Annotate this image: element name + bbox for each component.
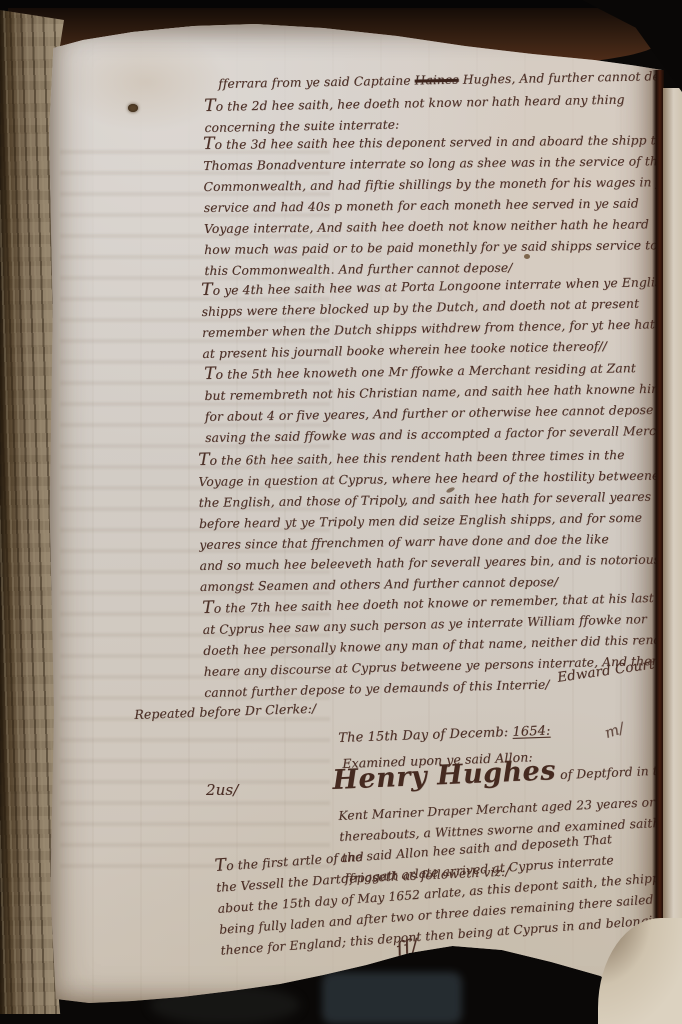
manuscript-page: fferrara from ye said Captaine Haines Hu… — [46, 12, 662, 1012]
flourish-mark: ſſ/ — [394, 932, 437, 961]
line1-after: Hughes, And further cannot depose — [459, 69, 682, 87]
facing-page-edge — [663, 88, 682, 1024]
deposition-answer-3: To the 3d hee saith hee this deponent se… — [203, 129, 682, 282]
line1-before: fferrara from ye said Captaine — [218, 74, 415, 91]
deposition-answer-5: To the 5th hee knoweth one Mr ffowke a M… — [204, 356, 682, 449]
manuscript-photo: fferrara from ye said Captaine Haines Hu… — [0, 0, 682, 1024]
wormhole-spot — [128, 104, 138, 112]
table-surface-patch — [322, 972, 462, 1024]
deposition-answer-4: To ye 4th hee saith hee was at Porta Lon… — [201, 270, 682, 365]
struck-out-word: Haines — [415, 73, 459, 88]
date-line-prefix: The 15th Day of Decemb: — [338, 725, 513, 746]
deposition-answer-7: To the 7th hee saith hee doeth not knowe… — [202, 585, 682, 704]
margin-numeral: 2us/ — [206, 780, 266, 801]
date-line-year: 1654: — [512, 724, 550, 740]
deposition-answer-6: To the 6th hee saith, hee this rendent h… — [198, 443, 682, 598]
